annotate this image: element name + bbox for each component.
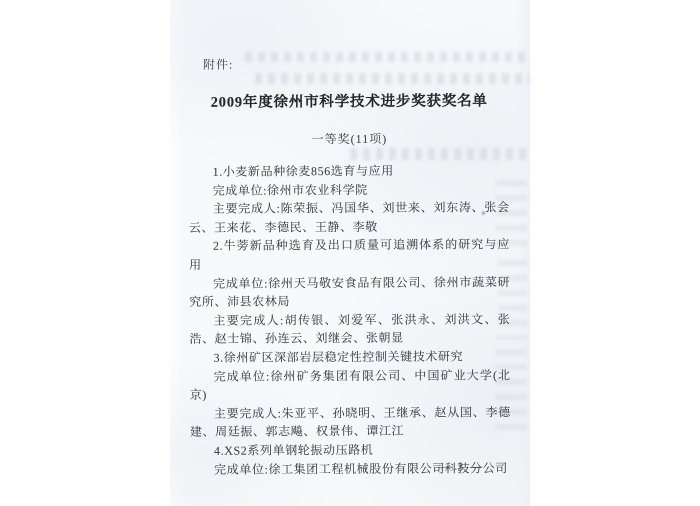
award-list: 1.小麦新品种徐麦856选育与应用 完成单位:徐州市农业科学院 主要完成人:陈荣…	[189, 161, 512, 479]
entry-1-people: 主要完成人:陈荣振、冯国华、刘世来、刘东涛、张会云、王来花、李德民、王静、李敬	[189, 198, 510, 237]
entry-4-title: 4.XS2系列单钢轮振动压路机	[190, 440, 511, 460]
attachment-label: 附件:	[203, 56, 233, 73]
entry-2-people: 主要完成人:胡传银、刘爱军、张洪永、刘洪文、张浩、赵士锦、孙连云、刘继会、张朝显	[189, 310, 510, 349]
page-number: — 3 —	[439, 461, 484, 473]
document-title: 2009年度徐州市科学技术进步奖获奖名单	[169, 89, 529, 112]
section-heading: 一等奖(11项)	[169, 129, 529, 148]
entry-1-title: 1.小麦新品种徐麦856选育与应用	[189, 161, 510, 181]
entry-3-people: 主要完成人:朱亚平、孙晓明、王继承、赵从国、李德建、周廷振、郭志飚、权景伟、谭江…	[190, 403, 511, 442]
page-content: 附件: 2009年度徐州市科学技术进步奖获奖名单 一等奖(11项) 1.小麦新品…	[169, 0, 532, 506]
entry-2-title: 2.牛蒡新品种选育及出口质量可追溯体系的研究与应用	[189, 236, 510, 275]
scan-background: 附件: 2009年度徐州市科学技术进步奖获奖名单 一等奖(11项) 1.小麦新品…	[0, 0, 700, 506]
entry-3-title: 3.徐州矿区深部岩层稳定性控制关键技术研究	[189, 347, 510, 367]
entry-1-unit: 完成单位:徐州市农业科学院	[189, 180, 510, 200]
entry-2-unit: 完成单位:徐州天马敬安食品有限公司、徐州市蔬菜研究所、沛县农林局	[189, 273, 510, 312]
entry-3-unit: 完成单位:徐州矿务集团有限公司、中国矿业大学(北京)	[190, 366, 511, 405]
document-page: 附件: 2009年度徐州市科学技术进步奖获奖名单 一等奖(11项) 1.小麦新品…	[170, 0, 530, 506]
